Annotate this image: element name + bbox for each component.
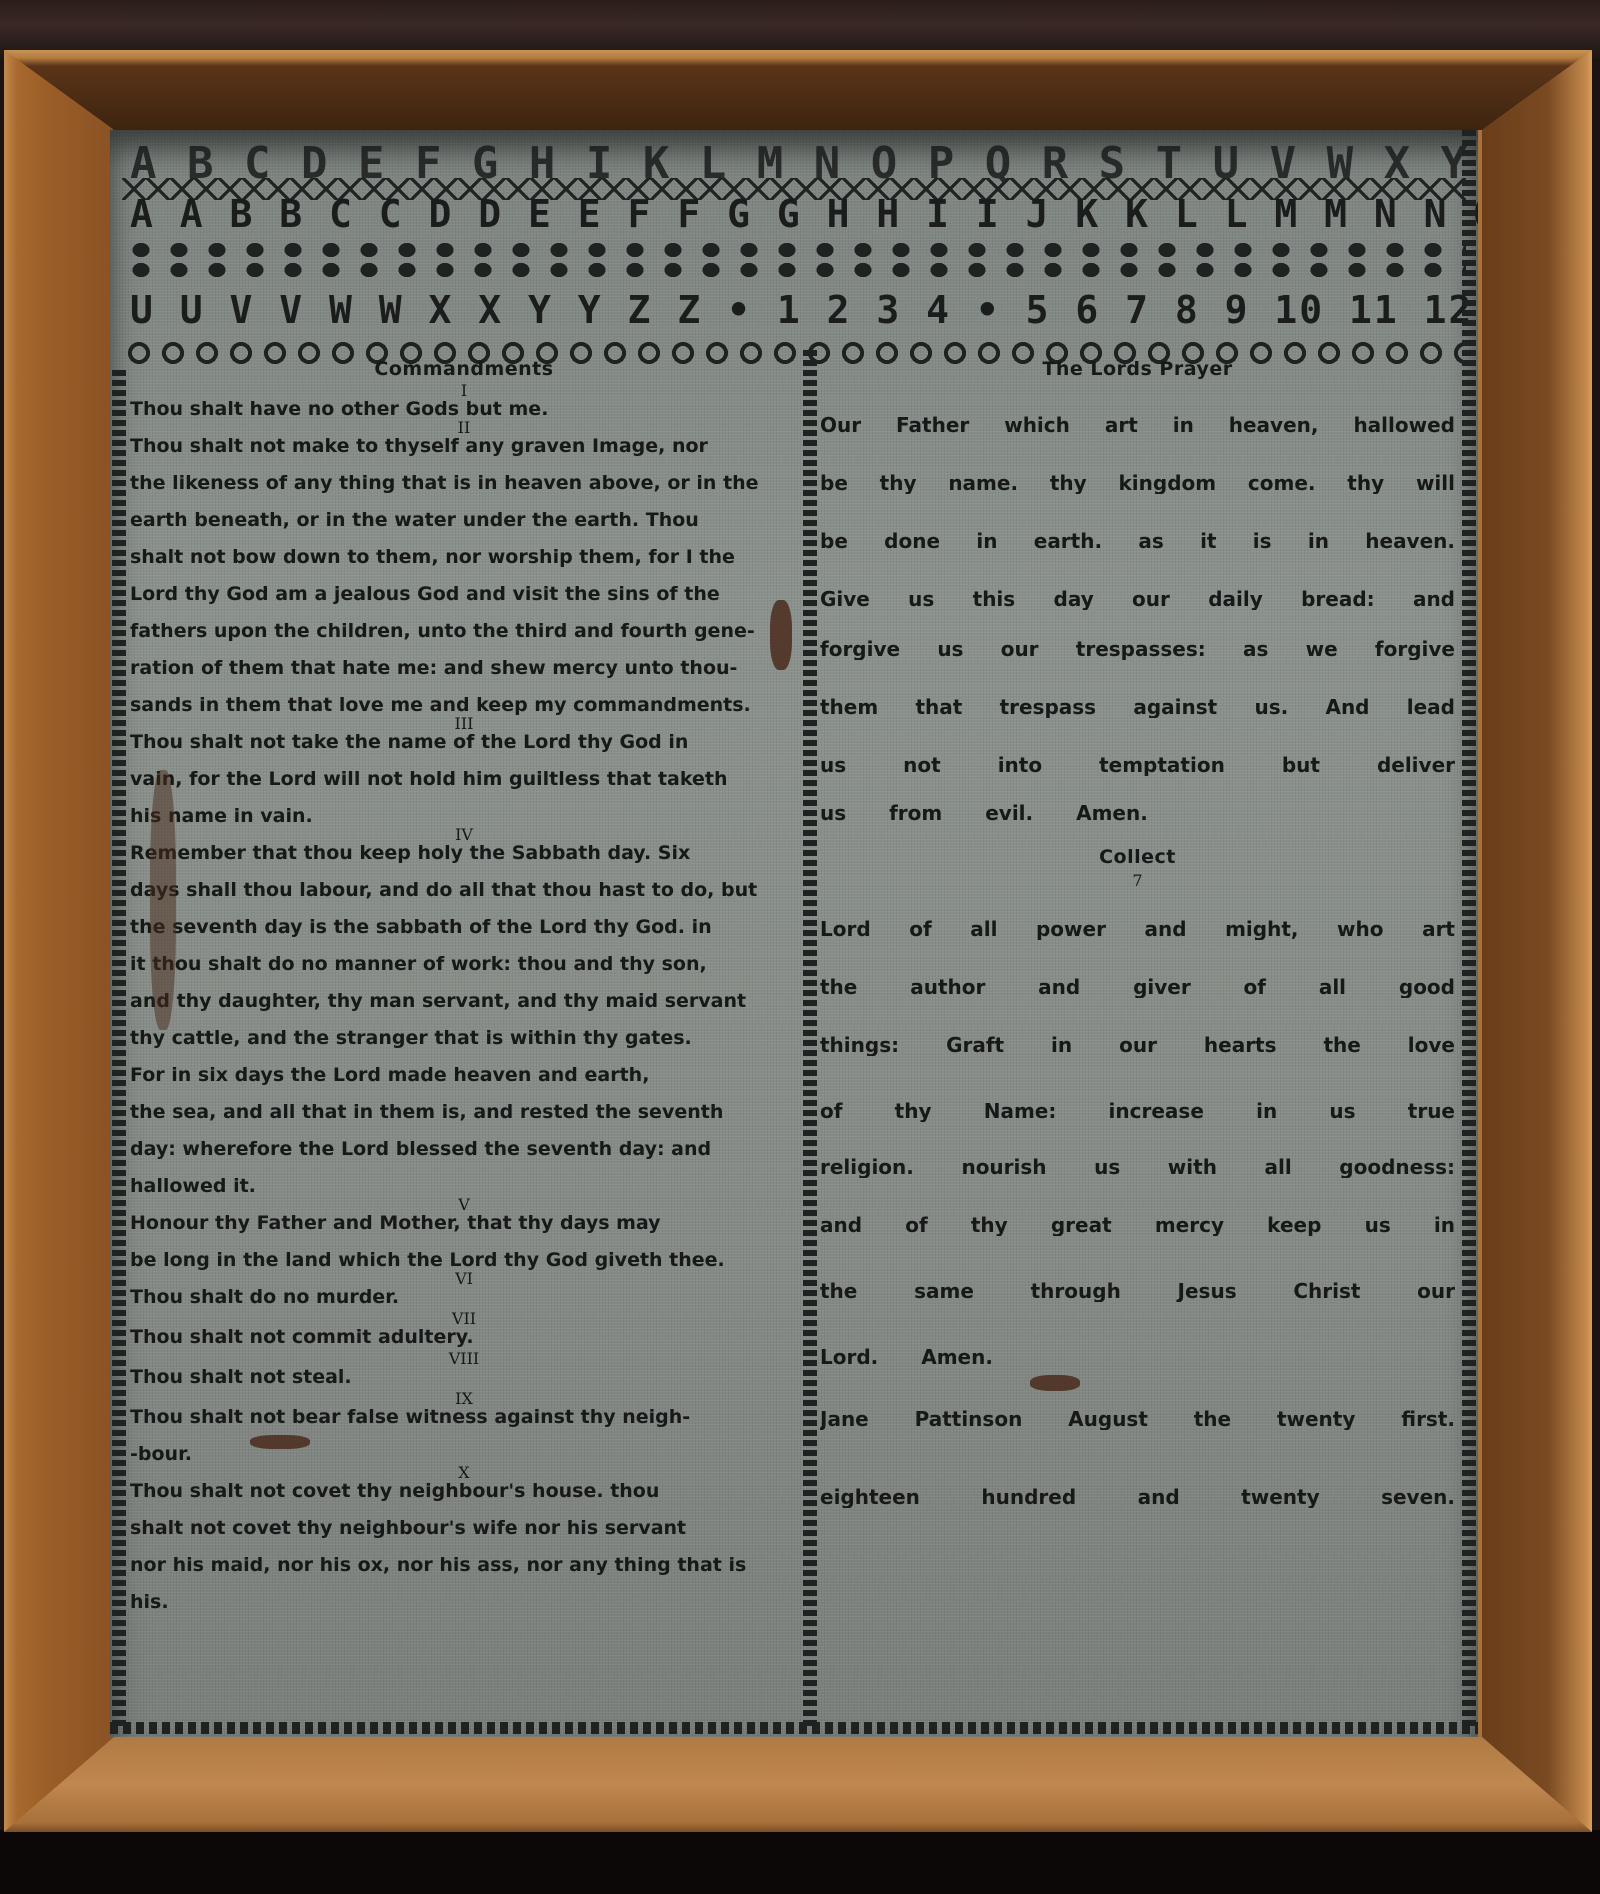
commandment-line: Thou shalt not take the name of the Lord… [130, 731, 798, 753]
commandment-line: Thou shalt not make to thyself any grave… [130, 435, 798, 457]
commandment-line: vain, for the Lord will not hold him gui… [130, 768, 798, 790]
collect-line: the author and giver of all good [820, 976, 1455, 998]
commandment-line: Honour thy Father and Mother, that thy d… [130, 1212, 798, 1234]
collect-line: of thy Name: increase in us true [820, 1100, 1455, 1122]
prayer-line: be thy name. thy kingdom come. thy will [820, 472, 1455, 494]
commandment-line: Thou shalt not covet thy neighbour's hou… [130, 1480, 798, 1502]
prayer-line: Our Father which art in heaven, hallowed [820, 414, 1455, 436]
commandment-line: day: wherefore the Lord blessed the seve… [130, 1138, 798, 1160]
frame-right-rail [1482, 50, 1592, 1832]
collect-line: the same through Jesus Christ our [820, 1280, 1455, 1302]
commandment-line: For in six days the Lord made heaven and… [130, 1064, 798, 1086]
commandment-numeral: VIII [130, 1352, 798, 1366]
commandment-line: the seventh day is the sabbath of the Lo… [130, 916, 798, 938]
commandment-line: thy cattle, and the stranger that is wit… [130, 1027, 798, 1049]
commandment-line: be long in the land which the Lord thy G… [130, 1249, 798, 1271]
maker-signature: Jane Pattinson August the twenty first. … [820, 1408, 1455, 1508]
collect-line: and of thy great mercy keep us in [820, 1214, 1455, 1236]
collect-line: things: Graft in our hearts the love [820, 1034, 1455, 1056]
collect-line: religion. nourish us with all goodness: [820, 1156, 1455, 1178]
frame-top-rail [4, 50, 1592, 130]
collect-numeral: 7 [820, 874, 1455, 888]
prayer-line: Give us this day our daily bread: and [820, 588, 1455, 610]
fabric-hole [1030, 1375, 1080, 1391]
commandment-line: the sea, and all that in them is, and re… [130, 1101, 798, 1123]
commandment-line: Lord thy God am a jealous God and visit … [130, 583, 798, 605]
prayer-line: us not into temptation but deliver [820, 754, 1455, 776]
right-stitch-border [1462, 130, 1476, 1730]
signature-line: Jane Pattinson August the twenty first. [820, 1408, 1455, 1430]
commandment-line: days shall thou labour, and do all that … [130, 879, 798, 901]
alphabet-row-3-text: U U V V W W X X Y Y Z Z • 1 2 3 4 • 5 6 … [130, 288, 1478, 332]
commandment-numeral: II [130, 421, 798, 435]
commandment-numeral: X [130, 1466, 798, 1480]
background-shadow [0, 1830, 1600, 1894]
prayer-line: us from evil. Amen. [820, 802, 1455, 824]
commandments-heading: Commandments [130, 358, 798, 380]
commandment-numeral: VII [130, 1312, 798, 1326]
commandment-line: ration of them that hate me: and shew me… [130, 657, 798, 679]
commandment-line: it thou shalt do no manner of work: thou… [130, 953, 798, 975]
commandment-line: Thou shalt not commit adultery. [130, 1326, 798, 1348]
commandment-line: earth beneath, or in the water under the… [130, 509, 798, 531]
commandment-line: and thy daughter, thy man servant, and t… [130, 990, 798, 1012]
alphabet-numeral-row: U U V V W W X X Y Y Z Z • 1 2 3 4 • 5 6 … [130, 288, 1460, 332]
commandment-numeral: VI [130, 1272, 798, 1286]
bead-border-band [122, 240, 1466, 280]
prayer-line: them that trespass against us. And lead [820, 696, 1455, 718]
commandment-numeral: IX [130, 1392, 798, 1406]
signature-date-line: eighteen hundred and twenty seven. [820, 1486, 1455, 1508]
commandment-line: sands in them that love me and keep my c… [130, 694, 798, 716]
commandment-line: Thou shalt have no other Gods but me. [130, 398, 798, 420]
commandment-line: shalt not bow down to them, nor worship … [130, 546, 798, 568]
commandment-line: the likeness of any thing that is in hea… [130, 472, 798, 494]
commandment-line: Remember that thou keep holy the Sabbath… [130, 842, 798, 864]
commandment-numeral: IV [130, 828, 798, 842]
commandment-line: hallowed it. [130, 1175, 798, 1197]
collect-heading: Collect [820, 846, 1455, 868]
prayer-line: forgive us our trespasses: as we forgive [820, 638, 1455, 660]
frame-bottom-rail [4, 1737, 1592, 1832]
prayer-line: be done in earth. as it is in heaven. [820, 530, 1455, 552]
bottom-stitch-border [110, 1722, 1478, 1734]
lords-prayer-heading: The Lords Prayer [820, 358, 1455, 380]
prayer-column: The Lords Prayer Our Father which art in… [820, 358, 1455, 1544]
commandment-line: Thou shalt do no murder. [130, 1286, 798, 1308]
commandment-numeral: III [130, 717, 798, 731]
left-stitch-border [112, 370, 126, 1730]
commandment-line: -bour. [130, 1443, 798, 1465]
commandment-line: Thou shalt not bear false witness agains… [130, 1406, 798, 1428]
commandment-numeral: I [130, 384, 798, 398]
alphabet-row-2: A A B B C C D D E E F F G G H H I I J K … [130, 192, 1460, 236]
commandment-line: his name in vain. [130, 805, 798, 827]
fabric-stain [150, 770, 176, 1030]
center-stitch-divider [803, 350, 817, 1730]
commandment-line: nor his maid, nor his ox, nor his ass, n… [130, 1554, 798, 1576]
frame-left-rail [4, 50, 114, 1832]
commandment-line: shalt not covet thy neighbour's wife nor… [130, 1517, 798, 1539]
collect-line: Lord. Amen. [820, 1346, 1455, 1368]
commandment-numeral: V [130, 1198, 798, 1212]
commandments-column: Commandments I Thou shalt have no other … [130, 358, 798, 1628]
commandment-line: Thou shalt not steal. [130, 1366, 798, 1388]
commandment-line: his. [130, 1591, 798, 1613]
fabric-damage [770, 600, 792, 670]
alphabet-row-2-text: A A B B C C D D E E F F G G H H I I J K … [130, 192, 1478, 236]
sampler-linen: A B C D E F G H I K L M N O P Q R S T U … [110, 130, 1478, 1737]
collect-line: Lord of all power and might, who art [820, 918, 1455, 940]
commandment-line: fathers upon the children, unto the thir… [130, 620, 798, 642]
fabric-hole [250, 1435, 310, 1449]
